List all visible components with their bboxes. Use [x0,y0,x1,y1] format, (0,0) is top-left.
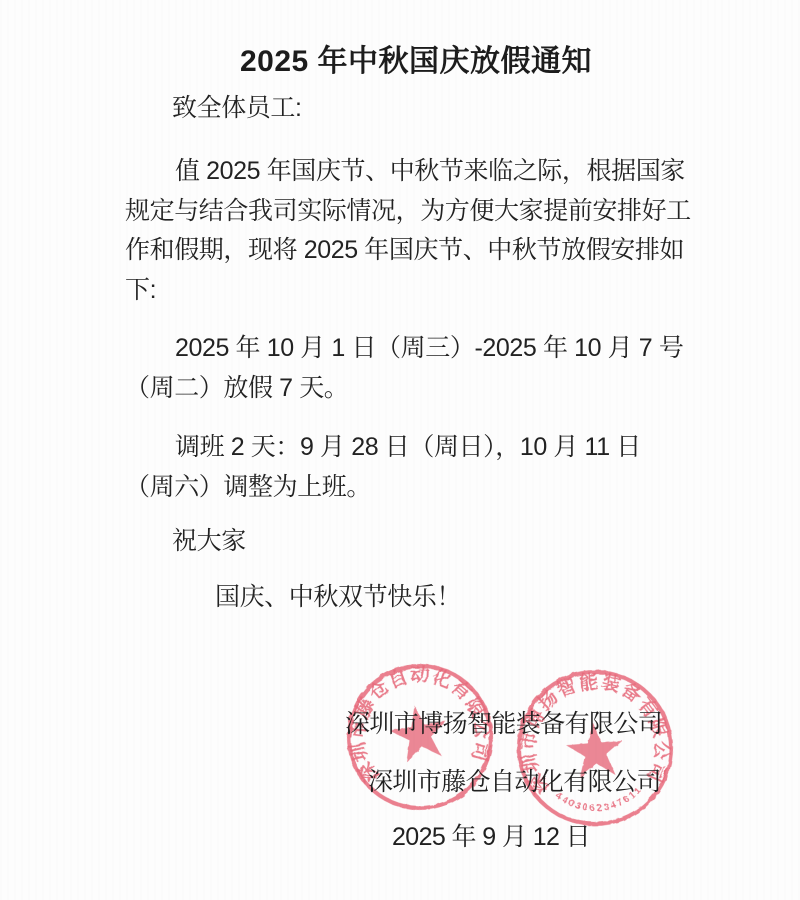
workday-adjust-paragraph: 调班 2 天：9 月 28 日（周日），10 月 11 日 （周六）调整为上班。 [125,428,710,507]
holiday-dates-paragraph: 2025 年 10 月 1 日（周三）-2025 年 10 月 7 号 （周二）… [125,329,710,408]
signature-company-1: 深圳市博扬智能装备有限公司 [345,704,662,740]
signature-company-2: 深圳市藤仓自动化有限公司 [368,762,661,798]
salutation: 致全体员工: [172,89,302,129]
company-seal-right-icon: 深圳市博扬智能装备有限公司 4403062347611 [507,660,683,836]
signature-date: 2025 年 9 月 12 日 [392,817,590,853]
wish-line: 国庆、中秋双节快乐！ [215,577,461,613]
wish-lead-line: 祝大家 [172,521,246,557]
scanned-notice-page: 2025 年中秋国庆放假通知 致全体员工: 值 2025 年国庆节、中秋节来临之… [0,0,800,900]
notice-title: 2025 年中秋国庆放假通知 [16,36,800,80]
intro-paragraph: 值 2025 年国庆节、中秋节来临之际，根据国家 规定与结合我司实际情况，为方便… [125,152,710,310]
